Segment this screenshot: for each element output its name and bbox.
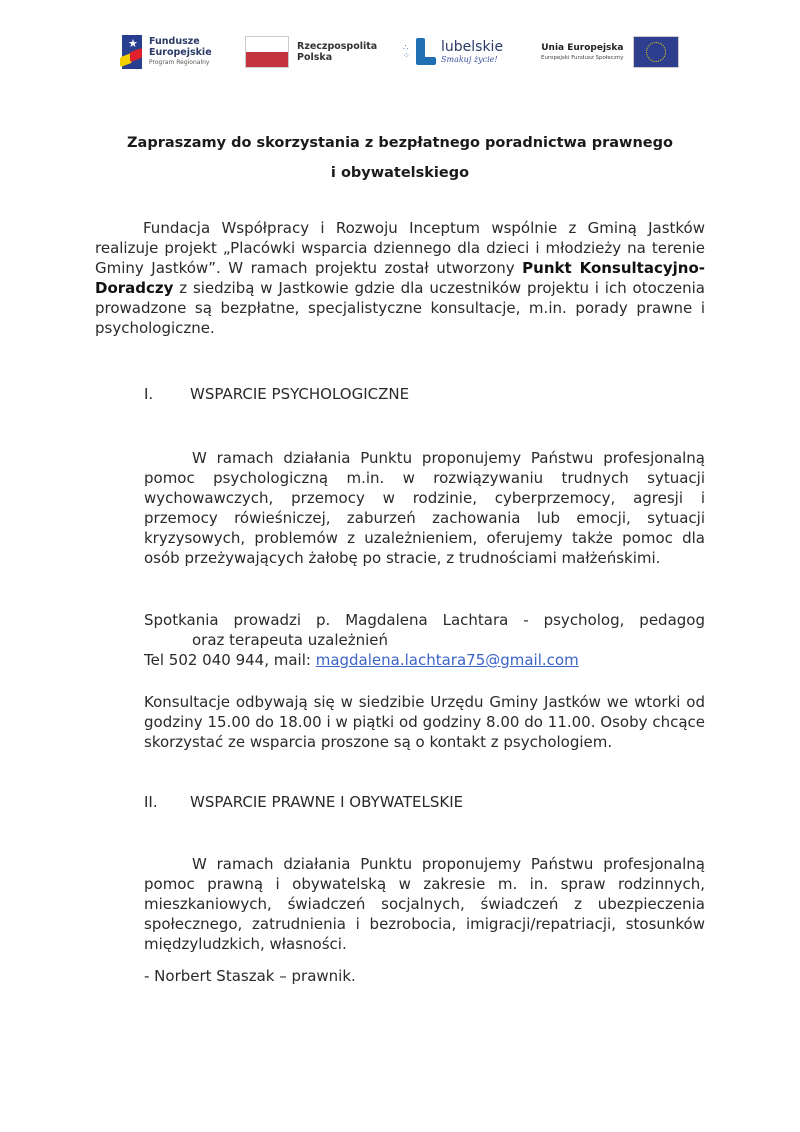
eu-flag-icon [633, 36, 679, 68]
logo-bar: ★ Fundusze Europejskie Program Regionaln… [0, 30, 800, 74]
rzeczpospolita-polska-logo: Rzeczpospolita Polska [245, 30, 377, 74]
psychologist-name: Spotkania prowadzi p. Magdalena Lachtara… [144, 610, 705, 630]
intro-paragraph: Fundacja Współpracy i Rozwoju Inceptum w… [95, 218, 705, 338]
page-title: Zapraszamy do skorzystania z bezpłatnego… [0, 128, 800, 188]
title-line: Zapraszamy do skorzystania z bezpłatnego… [0, 128, 800, 158]
email-link[interactable]: magdalena.lachtara75@gmail.com [316, 651, 579, 669]
title-line: i obywatelskiego [0, 158, 800, 188]
section-title: WSPARCIE PSYCHOLOGICZNE [190, 385, 409, 403]
lubelskie-logo: ∴⁘ lubelskie Smakuj życie! [403, 30, 503, 74]
logo-subtext: Program Regionalny [149, 58, 212, 68]
logo-subtext: Europejski Fundusz Społeczny [541, 54, 623, 62]
logo-text: lubelskie [441, 40, 503, 55]
psychologist-contact: Tel 502 040 944, mail: magdalena.lachtar… [144, 650, 705, 670]
legal-support-paragraph: W ramach działania Punktu proponujemy Pa… [144, 854, 705, 954]
logo-slogan: Smakuj życie! [441, 55, 503, 65]
section-number: I. [144, 384, 190, 404]
consultation-schedule: Konsultacje odbywają się w siedzibie Urz… [144, 692, 705, 752]
logo-text: Polska [297, 52, 377, 63]
psychological-support-paragraph: W ramach działania Punktu proponujemy Pa… [144, 448, 705, 568]
fundusze-europejskie-emblem-icon: ★ [120, 33, 144, 71]
logo-text: Unia Europejska [541, 42, 623, 54]
section-number: II. [144, 792, 190, 812]
polish-flag-icon [245, 36, 289, 68]
section-heading-psychological: I.WSPARCIE PSYCHOLOGICZNE [144, 384, 409, 404]
logo-text: Europejskie [149, 47, 212, 58]
section-title: WSPARCIE PRAWNE I OBYWATELSKIE [190, 793, 463, 811]
fundusze-europejskie-logo: ★ Fundusze Europejskie Program Regionaln… [120, 30, 212, 74]
lawyer-name: - Norbert Staszak – prawnik. [144, 966, 705, 986]
logo-text: Rzeczpospolita [297, 41, 377, 52]
psychologist-role: oraz terapeuta uzależnień [144, 630, 753, 650]
lubelskie-l-emblem-icon: ∴⁘ [403, 36, 437, 68]
section-heading-legal: II.WSPARCIE PRAWNE I OBYWATELSKIE [144, 792, 463, 812]
unia-europejska-logo: Unia Europejska Europejski Fundusz Społe… [541, 30, 679, 74]
logo-text: Fundusze [149, 36, 212, 47]
